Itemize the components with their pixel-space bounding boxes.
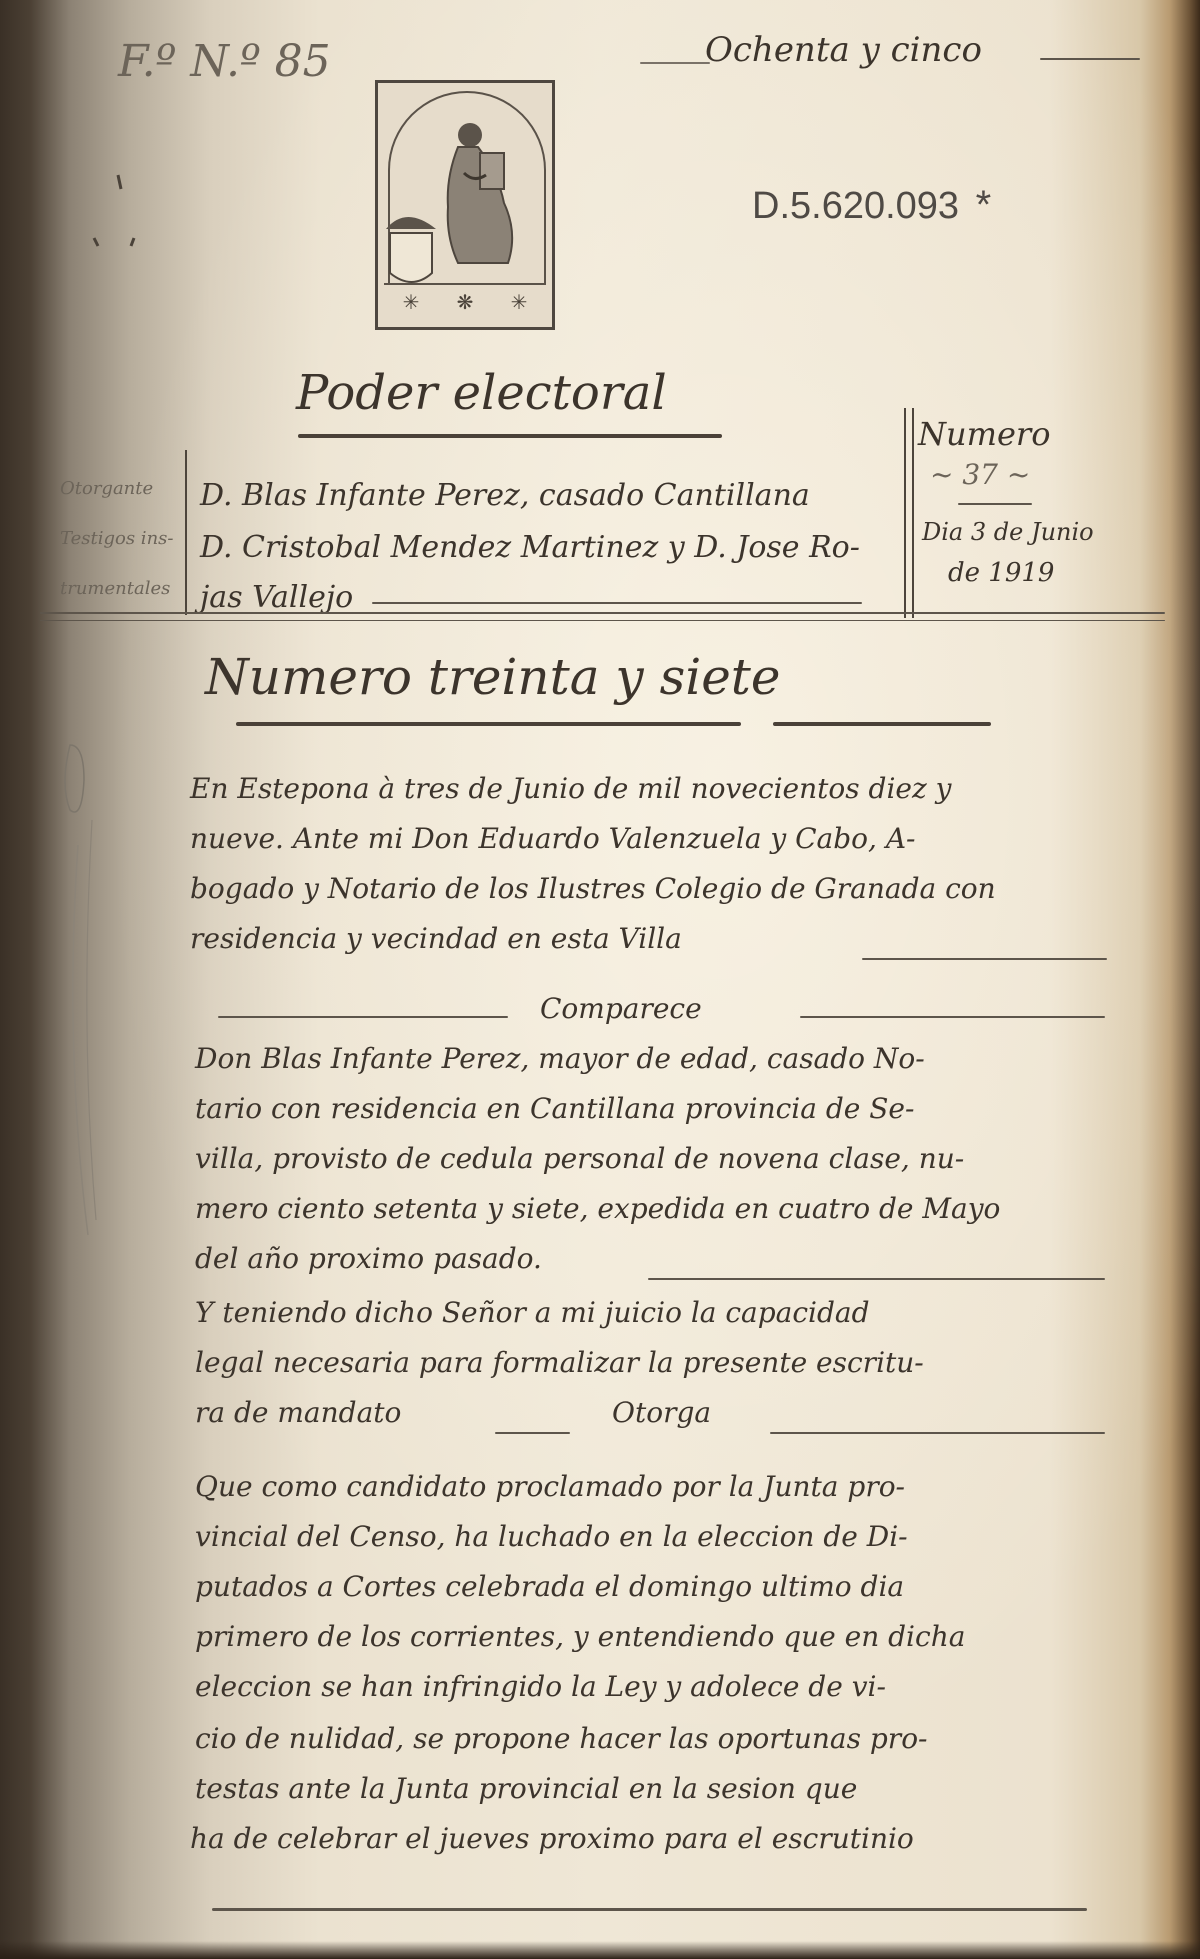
asterisk-mark: * xyxy=(976,183,992,227)
testigos-label: Testigos ins- xyxy=(60,528,173,549)
folio-rule-left xyxy=(640,62,710,64)
body-line: vincial del Censo, ha luchado en la elec… xyxy=(195,1520,908,1553)
party-line-2: D. Cristobal Mendez Martinez y D. Jose R… xyxy=(200,530,860,565)
body-line: En Estepona à tres de Junio de mil novec… xyxy=(190,772,951,805)
ornament-star-icon: ✳ xyxy=(511,290,528,314)
party-line-3: jas Vallejo xyxy=(200,580,353,615)
body-line: ha de celebrar el jueves proximo para el… xyxy=(190,1822,914,1855)
folio-rule-right xyxy=(1040,58,1140,60)
body-line: bogado y Notario de los Ilustres Colegio… xyxy=(190,872,996,905)
comparece-rule-left xyxy=(218,1016,508,1018)
section-otorga: Otorga xyxy=(612,1396,711,1429)
shield-icon xyxy=(386,203,442,293)
body-line: cio de nulidad, se propone hacer las opo… xyxy=(195,1722,928,1755)
body-line: Y teniendo dicho Señor a mi juicio la ca… xyxy=(195,1296,870,1329)
ornament-star-icon: ✳ xyxy=(403,290,420,314)
number-value: ~ 37 ~ xyxy=(930,458,1030,491)
body-line: residencia y vecindad en esta Villa xyxy=(190,922,682,955)
instrumentales-label: trumentales xyxy=(60,578,170,599)
stamp-seal: ✳ ❋ ✳ xyxy=(375,80,555,330)
header-bottom-rule-2 xyxy=(40,620,1165,621)
otorgante-label: Otorgante xyxy=(60,478,153,499)
number-label: Numero xyxy=(918,415,1050,453)
body-line: Que como candidato proclamado por la Jun… xyxy=(195,1470,905,1503)
body-line: villa, provisto de cedula personal de no… xyxy=(195,1142,964,1175)
section-comparece: Comparece xyxy=(540,992,702,1025)
ornament-star-icon: ❋ xyxy=(457,290,474,314)
date-line-1: Dia 3 de Junio xyxy=(922,518,1094,546)
date-line-2: de 1919 xyxy=(948,558,1054,588)
header-bottom-rule-1 xyxy=(40,612,1165,614)
serial-number: D.5.620.093 * xyxy=(752,183,991,228)
header-column-divider-left xyxy=(185,450,187,615)
body-fill-line xyxy=(862,958,1107,960)
page-bottom-edge xyxy=(0,1941,1200,1959)
header-column-divider-right-1 xyxy=(904,408,906,618)
act-heading-underline-1 xyxy=(236,722,741,726)
body-line: nueve. Ante mi Don Eduardo Valenzuela y … xyxy=(190,822,916,855)
body-line: primero de los corrientes, y entendiendo… xyxy=(195,1620,965,1653)
body-line: del año proximo pasado. xyxy=(195,1242,542,1275)
body-line: ra de mandato xyxy=(195,1396,401,1429)
document-page: F.º N.º 85 Ochenta y cinco ✳ ❋ ✳ D.5.620… xyxy=(0,0,1200,1959)
otorga-rule-left xyxy=(495,1432,570,1434)
party-line-1: D. Blas Infante Perez, casado Cantillana xyxy=(200,478,810,513)
body-line: eleccion se han infringido la Ley y adol… xyxy=(195,1670,886,1703)
body-fill-line xyxy=(648,1278,1105,1280)
stamp-ornament-band: ✳ ❋ ✳ xyxy=(384,283,546,319)
party-fill-line xyxy=(372,602,862,604)
folio-words: Ochenta y cinco xyxy=(705,30,982,70)
body-line: mero ciento setenta y siete, expedida en… xyxy=(195,1192,1000,1225)
header-title: Poder electoral xyxy=(296,365,667,421)
body-line: tario con residencia en Cantillana provi… xyxy=(195,1092,914,1125)
act-heading: Numero treinta y siete xyxy=(205,648,781,706)
folio-number: F.º N.º 85 xyxy=(118,36,331,87)
header-column-divider-right-2 xyxy=(912,408,914,618)
otorga-rule-right xyxy=(770,1432,1105,1434)
margin-pencil-marks xyxy=(0,0,1200,1959)
body-line: testas ante la Junta provincial en la se… xyxy=(195,1772,857,1805)
body-line: legal necesaria para formalizar la prese… xyxy=(195,1346,924,1379)
body-line: putados a Cortes celebrada el domingo ul… xyxy=(195,1570,904,1603)
act-heading-underline-2 xyxy=(773,722,991,726)
body-line: Don Blas Infante Perez, mayor de edad, c… xyxy=(195,1042,925,1075)
page-bottom-rule xyxy=(212,1908,1087,1911)
comparece-rule-right xyxy=(800,1016,1105,1018)
header-title-underline xyxy=(298,434,722,438)
number-underline xyxy=(958,503,1032,505)
